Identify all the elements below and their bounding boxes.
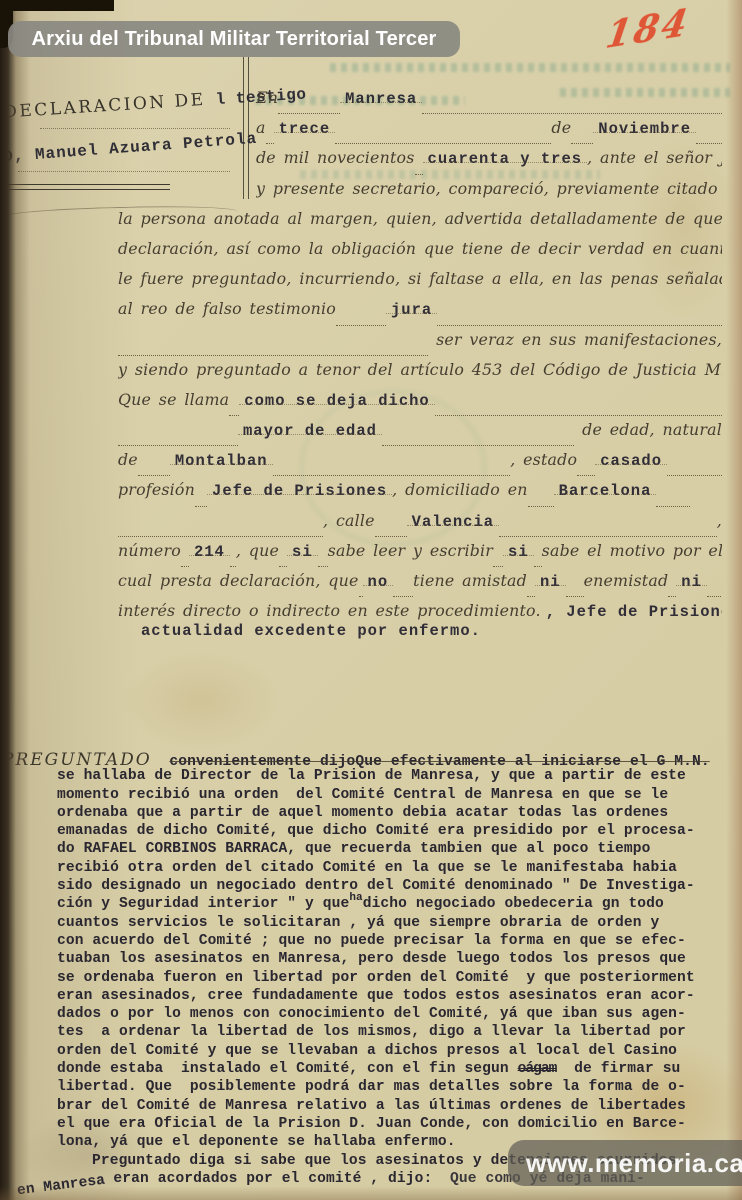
printed-text: , domiciliado en: [392, 480, 528, 499]
typed-text: dicho negociado obedeceria gn todo: [363, 896, 664, 912]
printed-text: , que: [236, 541, 279, 560]
dotted-rule: [499, 534, 717, 537]
typed-line: eran asesinados, cree fundadamente que t…: [2, 988, 740, 1006]
printed-text: declaración, así como la obligación que …: [118, 239, 722, 258]
page-edge-bottom: [0, 1186, 742, 1200]
typed-text: tuaban los asesinatos en Manresa, pero d…: [57, 951, 686, 967]
dotted-rule: [118, 534, 323, 537]
typed-line: ordenaba que a partir de aquel momento d…: [2, 805, 740, 823]
dotted-rule: [118, 353, 428, 356]
dotted-rule: [195, 504, 207, 507]
typed-fill-in: , Jefe de Prisiones y en la: [541, 603, 722, 621]
typed-line: brar del Comité de Manresa relativo a la…: [2, 1098, 740, 1116]
printed-text: de: [118, 450, 138, 469]
typed-line: el que era Oficial de la Prision D. Juan…: [2, 1116, 740, 1134]
typed-text: eran acordados por el comité , dijo:: [105, 1171, 450, 1187]
dotted-rule: [382, 443, 575, 446]
printed-text: profesión: [118, 480, 195, 499]
typed-text: orden del Comité y que se llevaban a dic…: [57, 1043, 677, 1059]
printed-text: a: [256, 118, 266, 137]
declaration-form: EnManresaatrecedeNoviembrede mil novecie…: [118, 88, 722, 646]
typed-line: se ordenaba fueron en libertad por orden…: [2, 970, 740, 988]
typed-text: con acuerdo del Comité ; que no puede pr…: [57, 933, 686, 949]
printed-text: Que se llama: [118, 390, 229, 409]
printed-text: , estado: [510, 450, 577, 469]
typed-text: ción y Seguridad interior " y que: [57, 896, 349, 912]
form-line: mayor de edad de edad, natural: [118, 420, 722, 450]
paper-stain: [120, 650, 280, 750]
dotted-rule: [422, 111, 722, 114]
dotted-rule: [273, 473, 511, 476]
dotted-rule: [656, 504, 690, 507]
printed-text: le fuere preguntado, incurriendo, si fal…: [118, 269, 722, 288]
form-line: Que se llamacomo se deja dicho: [118, 390, 722, 420]
printed-text: y presente secretario, compareció, previ…: [256, 179, 722, 198]
form-line: profesiónJefe de Prisiones, domiciliado …: [118, 480, 722, 510]
dotted-rule: [118, 443, 238, 446]
typed-fill-in: Manresa: [340, 90, 422, 108]
dotted-rule: [667, 473, 722, 476]
typed-line: sido designado un negociado dentro del C…: [2, 878, 740, 896]
typed-fill-in: ni: [676, 573, 707, 591]
typed-text: brar del Comité de Manresa relativo a la…: [57, 1098, 686, 1114]
typed-fill-in: 214: [189, 543, 230, 561]
dotted-rule: [415, 172, 423, 175]
dotted-rule: [571, 141, 593, 144]
form-line: y siendo preguntado a tenor del artículo…: [118, 360, 722, 390]
dotted-rule: [435, 413, 722, 416]
typed-line: tes a ordenar la libertad de los mismos,…: [2, 1024, 740, 1042]
typed-line: orden del Comité y que se llevaban a dic…: [2, 1043, 740, 1061]
dotted-rule: [528, 504, 554, 507]
printed-text: interés directo o indirecto en este proc…: [118, 601, 541, 620]
typed-text: se hallaba de Director de la Prision de …: [57, 768, 686, 784]
dotted-rule: [336, 323, 386, 326]
typed-line: ción y Seguridad interior " y quehadicho…: [2, 896, 740, 914]
typed-text: recibió otra orden del citado Comité en …: [57, 860, 677, 876]
typed-fill-in: Barcelona: [554, 482, 657, 500]
form-line: número214, quesisabe leer y escribirsisa…: [118, 541, 722, 571]
typed-text: do RAFAEL CORBINOS BARRACA, que recuerda…: [57, 841, 650, 857]
typed-fill-in: si: [503, 543, 534, 561]
typed-text: ha: [349, 892, 362, 904]
scan-corner-dark: [0, 0, 114, 11]
dotted-rule: [566, 594, 584, 597]
printed-text: de: [551, 118, 571, 137]
page-edge-right: [726, 0, 742, 1200]
typed-line: libertad. Que posiblemente podrá dar mas…: [2, 1079, 740, 1097]
form-line: al reo de falso testimoniojura: [118, 299, 722, 329]
typed-text: se ordenaba fueron en libertad por orden…: [57, 970, 695, 986]
printed-text: al reo de falso testimonio: [118, 299, 336, 318]
typed-fill-in: Noviembre: [593, 120, 696, 138]
form-line: le fuere preguntado, incurriendo, si fal…: [118, 269, 722, 299]
dotted-rule: [527, 594, 535, 597]
typed-line: cuantos servicios le solicitaran , yá qu…: [2, 915, 740, 933]
printed-text: ser veraz en sus manifestaciones,: [428, 330, 722, 349]
dotted-rule: [393, 594, 413, 597]
typed-line: do RAFAEL CORBINOS BARRACA, que recuerda…: [2, 841, 740, 859]
typed-fill-in: trece: [274, 120, 336, 138]
typed-line: emanadas de dicho Comité, que dicho Comi…: [2, 823, 740, 841]
form-line: declaración, así como la obligación que …: [118, 239, 722, 269]
printed-text: número: [118, 541, 181, 560]
printed-text: En: [256, 88, 278, 107]
form-line: la persona anotada al margen, quien, adv…: [118, 209, 722, 239]
printed-text: , ante el señor Juez: [587, 148, 722, 167]
typed-fill-in: no: [363, 573, 394, 591]
typed-text: momento recibió una orden del Comité Cen…: [57, 787, 668, 803]
dotted-rule: [229, 413, 239, 416]
typed-fill-in: mayor de edad: [238, 422, 382, 440]
statement-paragraph: PREGUNTADO convenientemente dijoQue efec…: [2, 750, 740, 1189]
typed-line: momento recibió una orden del Comité Cen…: [2, 787, 740, 805]
typed-line: con acuerdo del Comité ; que no puede pr…: [2, 933, 740, 951]
archive-banner: Arxiu del Tribunal Militar Territorial T…: [8, 21, 460, 57]
dotted-rule: [230, 564, 236, 567]
dotted-rule: [696, 141, 722, 144]
typed-line: tuaban los asesinatos en Manresa, pero d…: [2, 951, 740, 969]
typed-fill-in: ni: [535, 573, 566, 591]
typed-text: tes a ordenar la libertad de los mismos,…: [57, 1024, 686, 1040]
typed-line: se hallaba de Director de la Prision de …: [2, 768, 740, 786]
printed-text: , calle: [323, 511, 375, 530]
typed-line: dados o por lo menos con conocimiento de…: [2, 1006, 740, 1024]
typed-fill-in: como se deja dicho: [239, 392, 434, 410]
typed-text: el que era Oficial de la Prision D. Juan…: [57, 1116, 686, 1132]
dotted-rule: [266, 141, 274, 144]
archive-banner-label: Arxiu del Tribunal Militar Territorial T…: [31, 28, 436, 51]
typed-line: donde estaba instalado el Comité, con el…: [2, 1061, 740, 1079]
dotted-rule: [279, 564, 287, 567]
typed-text: dados o por lo menos con conocimiento de…: [57, 1006, 686, 1022]
typed-fill-in: jura: [386, 301, 437, 319]
dotted-rule: [318, 564, 328, 567]
typed-text: ordenaba que a partir de aquel momento d…: [57, 805, 668, 821]
printed-text: cual presta declaración, que: [118, 571, 359, 590]
typed-fill-in: Valencia: [407, 513, 499, 531]
dotted-rule: [359, 594, 363, 597]
printed-text: de edad, natural: [574, 420, 722, 439]
printed-text: de mil novecientos: [256, 148, 415, 167]
printed-text: tiene amistad: [413, 571, 527, 590]
form-line: de mil novecientoscuarenta y tres, ante …: [256, 148, 722, 178]
form-line: actualidad excedente por enfermo.: [136, 622, 722, 646]
typed-text: libertad. Que posiblemente podrá dar mas…: [57, 1079, 686, 1095]
website-watermark: www.memoria.cat: [508, 1140, 742, 1186]
typed-line: PREGUNTADO convenientemente dijoQue efec…: [2, 750, 740, 768]
typed-fill-in: Jefe de Prisiones: [207, 482, 392, 500]
printed-text: y siendo preguntado a tenor del artículo…: [118, 360, 722, 379]
form-line: deMontalban, estadocasado: [118, 450, 722, 480]
handwritten-page-number: 184: [603, 1, 693, 58]
dotted-rule: [278, 111, 340, 114]
form-line: y presente secretario, compareció, previ…: [256, 179, 722, 209]
dotted-rule: [181, 564, 189, 567]
typed-fill-in: si: [287, 543, 318, 561]
typed-fill-in: actualidad excedente por enfermo.: [136, 622, 486, 640]
typed-text: lona, yá que el deponente se hallaba enf…: [57, 1134, 456, 1150]
dotted-rule: [534, 564, 542, 567]
watermark-url: www.memoria.cat: [526, 1148, 742, 1179]
typed-text: de firmar su: [556, 1061, 680, 1077]
form-line: EnManresa: [256, 88, 722, 118]
page-edge-left: [0, 0, 30, 1200]
typed-text: sido designado un negociado dentro del C…: [57, 878, 695, 894]
dotted-rule: [437, 323, 722, 326]
form-line: atrecedeNoviembre: [256, 118, 722, 148]
dotted-rule: [707, 594, 722, 597]
dotted-rule: [335, 141, 551, 144]
printed-text: sabe leer y escribir: [328, 541, 493, 560]
dotted-rule: [493, 564, 503, 567]
form-line: , calleValencia,: [118, 511, 722, 541]
printed-text: enemistad: [584, 571, 669, 590]
dotted-rule: [668, 594, 676, 597]
typed-text: donde estaba instalado el Comité, con el…: [57, 1061, 518, 1077]
ink-bleed-through: [330, 63, 730, 72]
scanned-document-page: DECLARACION DE l testigo D, Manuel Azuar…: [0, 0, 742, 1200]
typed-text: eran asesinados, cree fundadamente que t…: [57, 988, 695, 1004]
dotted-rule: [375, 534, 407, 537]
typed-fill-in: Montalban: [170, 452, 273, 470]
printed-text: ,: [717, 511, 722, 530]
typed-fill-in: casado: [595, 452, 667, 470]
dotted-rule: [138, 473, 170, 476]
printed-text: la persona anotada al margen, quien, adv…: [118, 209, 722, 228]
typed-text: oágam: [518, 1061, 557, 1077]
typed-fill-in: cuarenta y tres: [423, 150, 588, 168]
typed-text: emanadas de dicho Comité, que dicho Comi…: [57, 823, 695, 839]
form-line: ser veraz en sus manifestaciones,: [118, 330, 722, 360]
typed-text: cuantos servicios le solicitaran , yá qu…: [57, 915, 659, 931]
typed-line: recibió otra orden del citado Comité en …: [2, 860, 740, 878]
form-line: cual presta declaración, quenotiene amis…: [118, 571, 722, 601]
printed-text: sabe el motivo por el: [542, 541, 722, 560]
dotted-rule: [577, 473, 595, 476]
